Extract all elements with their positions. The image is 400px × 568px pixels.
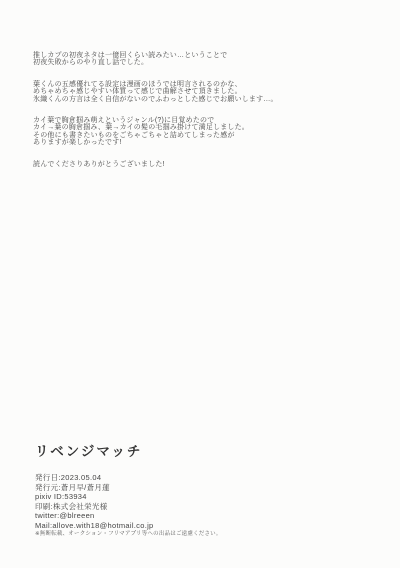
publisher: 発行元:蒼月早/蒼月蓮 [35, 483, 365, 493]
afterword-line: 読んでくださりありがとうございました! [33, 161, 363, 168]
contact-email: Mail:allove.with18@hotmail.co.jp [35, 521, 365, 531]
afterword-closing: 読んでくださりありがとうございました! [33, 161, 363, 168]
afterword-line: 氷織くんの方言は全く自信がないのでふわっとした感じでお願いします…。 [33, 96, 363, 103]
publication-date: 発行日:2023.05.04 [35, 473, 365, 483]
afterword-paragraph-1: 推しカプの初夜ネタは一億回くらい読みたい…ということで 初夜失敗からのやり直し話… [33, 52, 363, 67]
afterword-line: めちゃめちゃ感じやすい体質って感じで曲解させて頂きました。 [33, 88, 363, 95]
afterword-text-block: 推しカプの初夜ネタは一億回くらい読みたい…ということで 初夜失敗からのやり直し話… [33, 52, 363, 182]
afterword-line: カイ→葉の胸倉掴み、葉→カイの髪の毛掴み掛けて満足しました。 [33, 124, 363, 131]
afterword-line: ありますが楽しかったです! [33, 139, 363, 146]
reproduction-notice: ※無断転載、オークション・フリマアプリ等への出品はご遠慮ください。 [35, 530, 365, 538]
afterword-paragraph-2: 葉くんの五感優れてる設定は漫画のほうでは明言されるのかな、 めちゃめちゃ感じやす… [33, 81, 363, 103]
afterword-line: 初夜失敗からのやり直し話でした。 [33, 59, 363, 66]
twitter-handle: twitter:@blreeen [35, 511, 365, 521]
printer: 印刷:株式会社栄光様 [35, 502, 365, 512]
pixiv-id: pixiv ID:53934 [35, 492, 365, 502]
doujinshi-colophon-page: 推しカプの初夜ネタは一億回くらい読みたい…ということで 初夜失敗からのやり直し話… [0, 0, 400, 568]
book-title: リベンジマッチ [35, 440, 365, 460]
publication-info: 発行日:2023.05.04 発行元:蒼月早/蒼月蓮 pixiv ID:5393… [35, 473, 365, 530]
afterword-paragraph-3: カイ葉で胸倉掴み萌えというジャンル(?)に目覚めたので カイ→葉の胸倉掴み、葉→… [33, 117, 363, 147]
colophon-block: リベンジマッチ 発行日:2023.05.04 発行元:蒼月早/蒼月蓮 pixiv… [35, 440, 365, 538]
